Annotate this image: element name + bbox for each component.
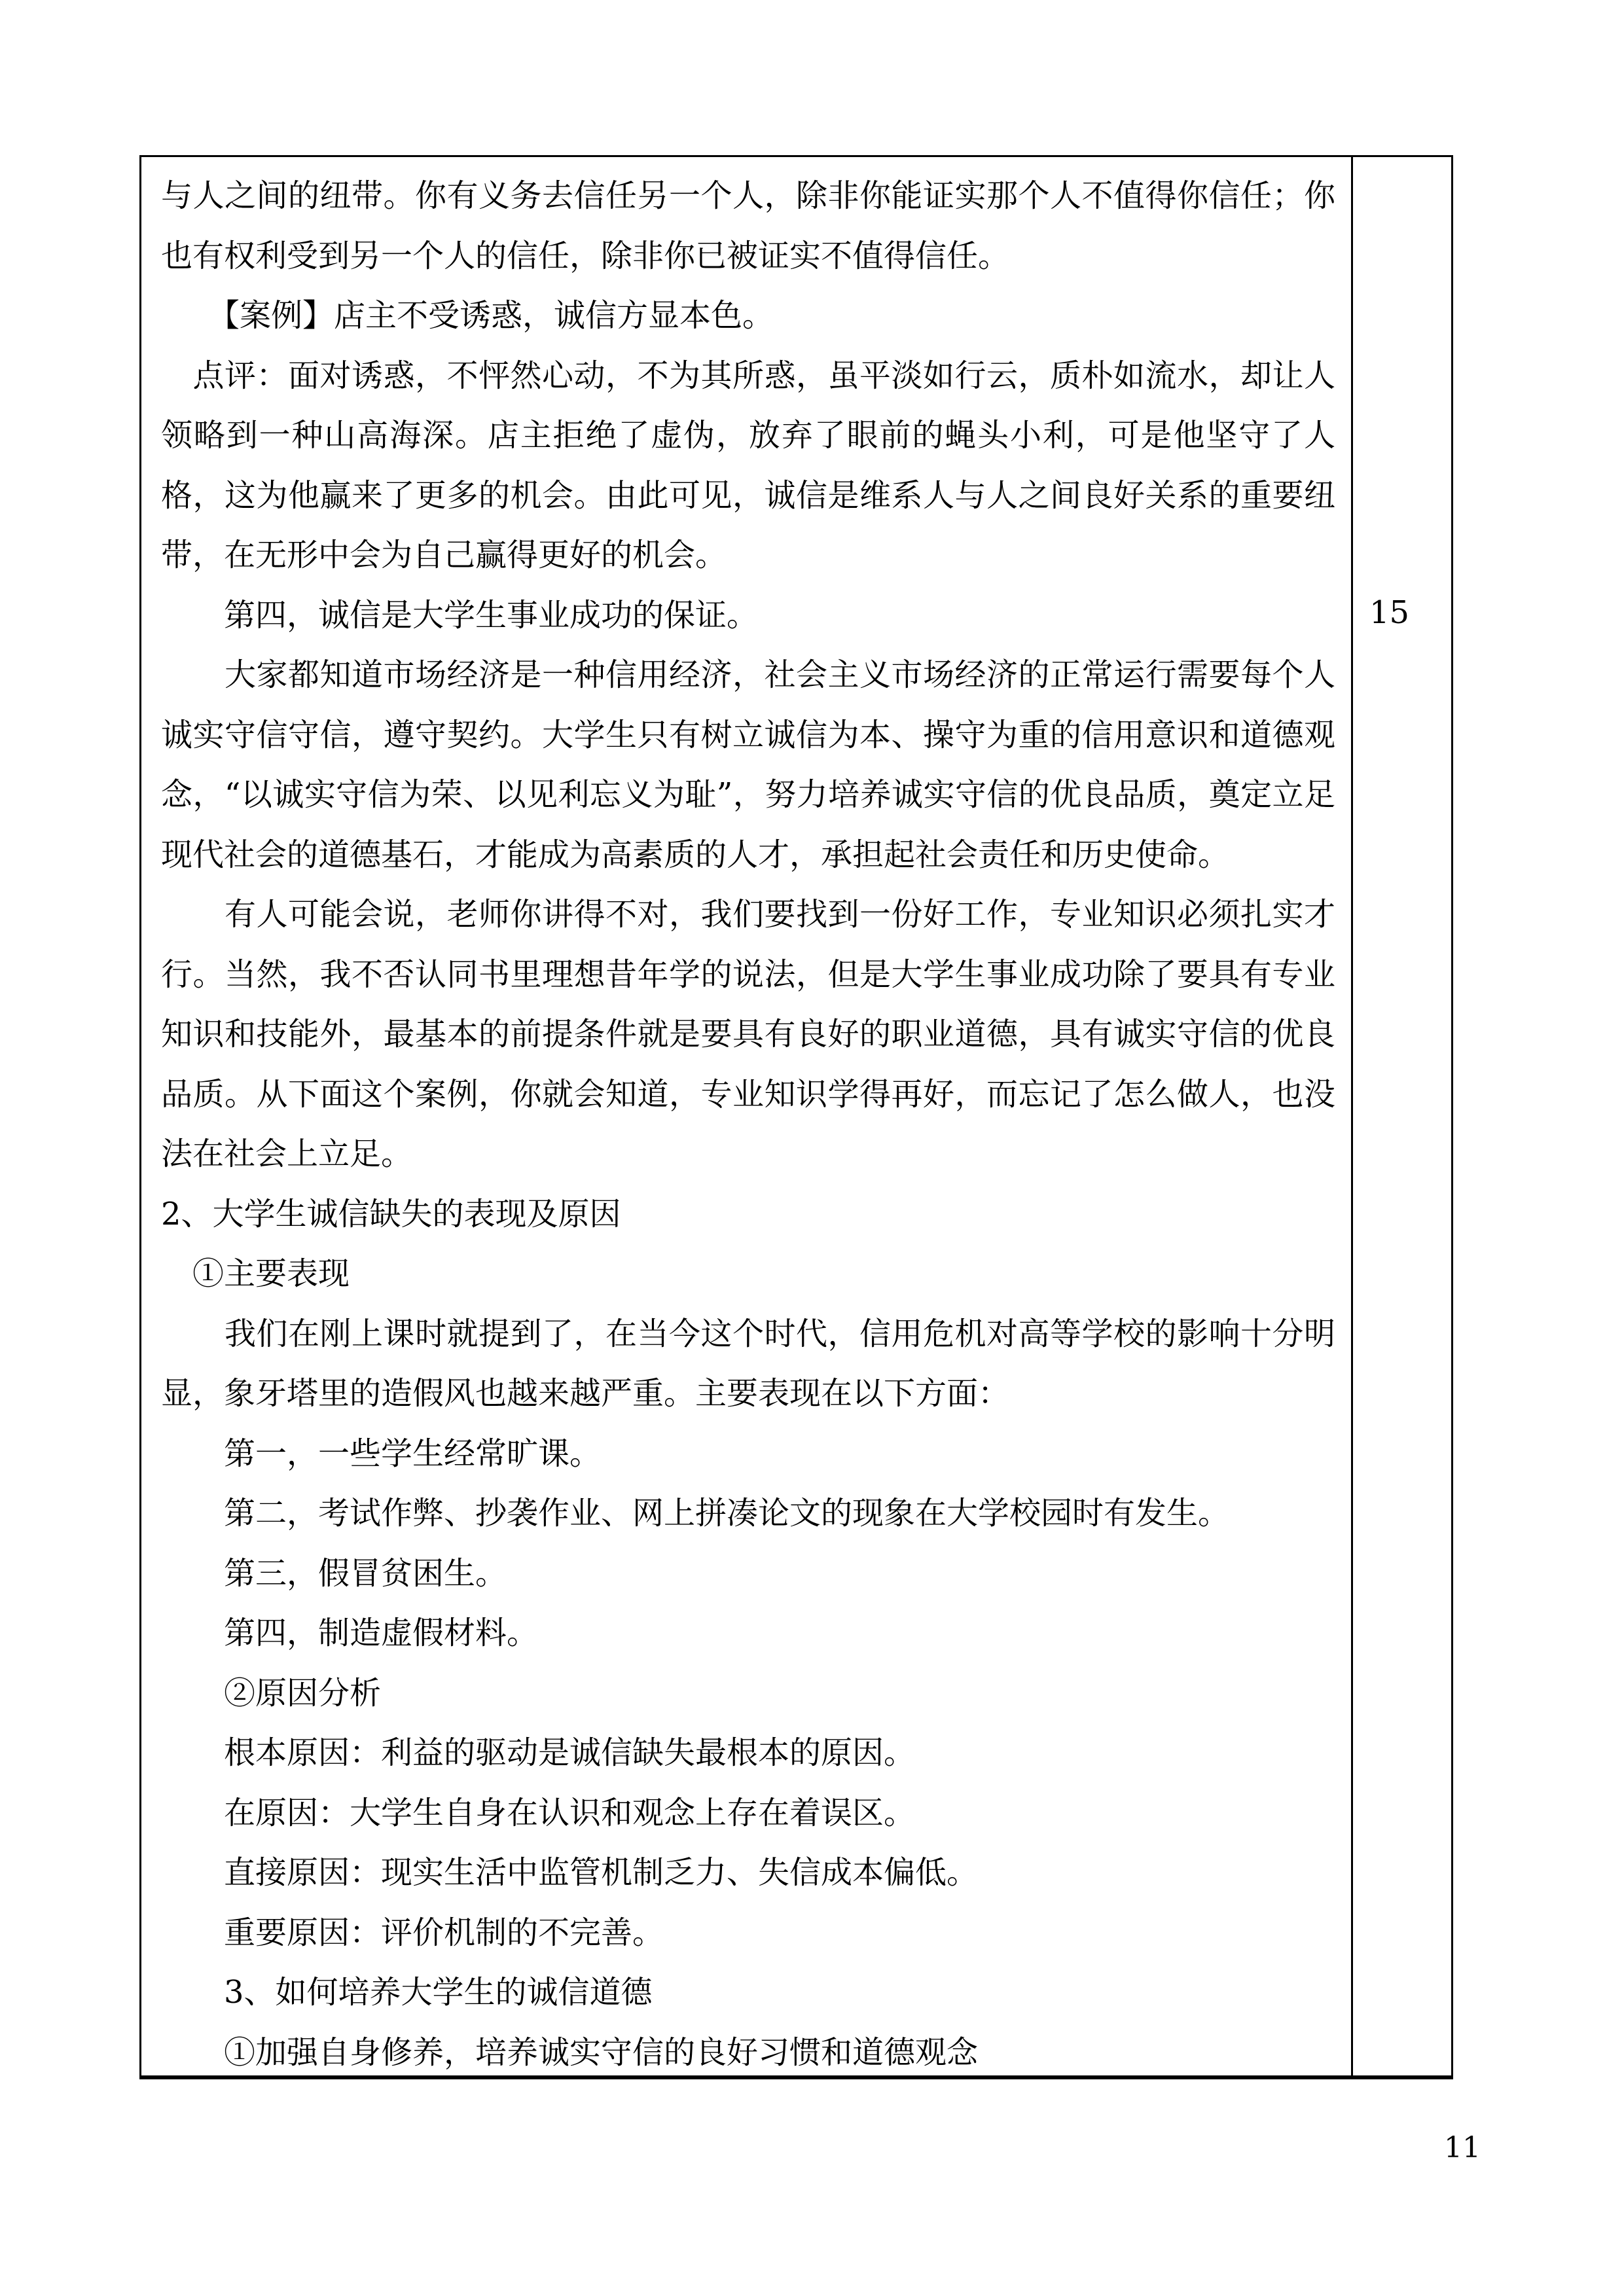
document-page: 与人之间的纽带。你有义务去信任另一个人，除非你能证实那个人不值得你信任；你也有权… bbox=[0, 0, 1624, 2296]
content-paragraph: ②原因分析 bbox=[161, 1664, 1335, 1724]
content-paragraph: 点评：面对诱惑，不怦然心动，不为其所惑，虽平淡如行云，质朴如流水，却让人领略到一… bbox=[161, 346, 1335, 586]
content-paragraph: 3、如何培养大学生的诚信道德 bbox=[161, 1963, 1335, 2023]
content-paragraph: 重要原因：评价机制的不完善。 bbox=[161, 1903, 1335, 1964]
content-paragraph: 直接原因：现实生活中监管机制乏力、失信成本偏低。 bbox=[161, 1843, 1335, 1903]
content-paragraph: 第一，一些学生经常旷课。 bbox=[161, 1424, 1335, 1484]
lesson-content-cell: 与人之间的纽带。你有义务去信任另一个人，除非你能证实那个人不值得你信任；你也有权… bbox=[141, 157, 1353, 2075]
lesson-plan-table: 与人之间的纽带。你有义务去信任另一个人，除非你能证实那个人不值得你信任；你也有权… bbox=[139, 155, 1453, 2079]
content-paragraph: 与人之间的纽带。你有义务去信任另一个人，除非你能证实那个人不值得你信任；你也有权… bbox=[161, 166, 1335, 286]
content-paragraph: ①主要表现 bbox=[161, 1244, 1335, 1304]
page-number: 11 bbox=[1444, 2131, 1481, 2166]
content-paragraph: 我们在刚上课时就提到了，在当今这个时代，信用危机对高等学校的影响十分明显，象牙塔… bbox=[161, 1304, 1335, 1424]
content-paragraph: 在原因：大学生自身在认识和观念上存在着误区。 bbox=[161, 1784, 1335, 1844]
content-paragraph: 第二，考试作弊、抄袭作业、网上拼凑论文的现象在大学校园时有发生。 bbox=[161, 1484, 1335, 1544]
time-allocation-minutes: 15 bbox=[1369, 583, 1409, 643]
content-paragraph: 有人可能会说，老师你讲得不对，我们要找到一份好工作，专业知识必须扎实才行。当然，… bbox=[161, 885, 1335, 1185]
content-paragraph: 大家都知道市场经济是一种信用经济，社会主义市场经济的正常运行需要每个人诚实守信守… bbox=[161, 645, 1335, 885]
content-paragraph: ①加强自身修养，培养诚实守信的良好习惯和道德观念 bbox=[161, 2023, 1335, 2076]
content-paragraph: 【案例】店主不受诱惑，诚信方显本色。 bbox=[161, 286, 1335, 346]
content-paragraph: 根本原因：利益的驱动是诚信缺失最根本的原因。 bbox=[161, 1723, 1335, 1784]
content-paragraph: 2、大学生诚信缺失的表现及原因 bbox=[161, 1185, 1335, 1245]
content-paragraph: 第三，假冒贫困生。 bbox=[161, 1544, 1335, 1604]
content-paragraph: 第四，诚信是大学生事业成功的保证。 bbox=[161, 586, 1335, 646]
time-allocation-cell: 15 bbox=[1353, 157, 1451, 2075]
content-paragraph: 第四，制造虚假材料。 bbox=[161, 1604, 1335, 1664]
